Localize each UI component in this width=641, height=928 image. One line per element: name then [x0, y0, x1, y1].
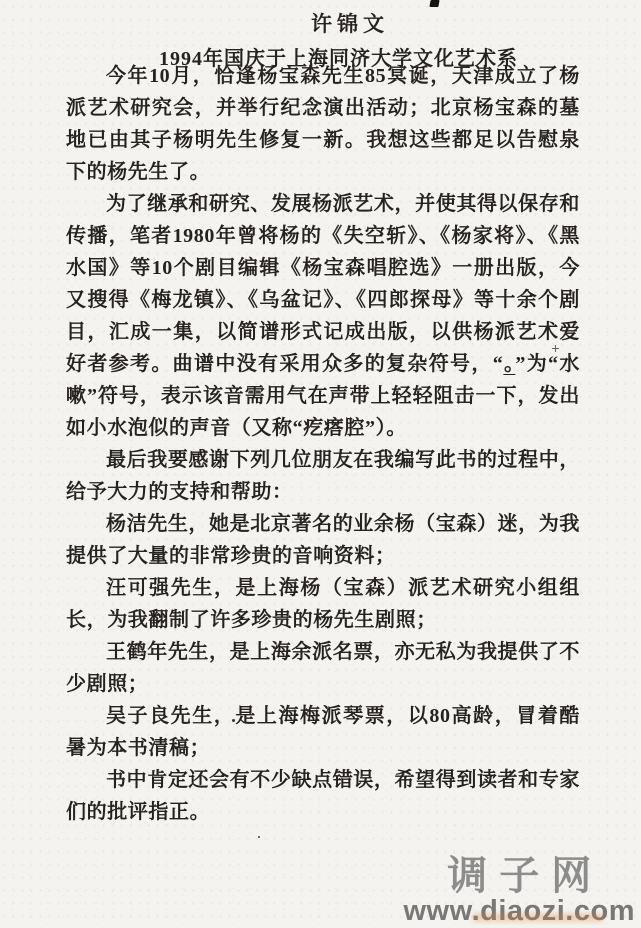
paragraph: 今年10月，恰逢杨宝森先生85冥诞，天津成立了杨派艺术研究会，并举行纪念演出活动… — [66, 60, 580, 188]
paragraph: 王鹤年先生，是上海余派名票，亦无私为我提供了不少剧照； — [66, 636, 580, 700]
watermark: 调子网 www.diaozi.com — [403, 855, 635, 926]
watermark-site-url: www.diaozi.com — [403, 897, 635, 926]
paragraph: 吴子良先生，是上海梅派琴票，以80高龄，冒着酷暑为本书清稿； — [66, 700, 580, 764]
author-signature: 许锦文 — [311, 8, 641, 40]
paragraph: 书中肯定还会有不少缺点错误，希望得到读者和专家们的批评指正。 — [66, 764, 580, 828]
paragraph: 最后我要感谢下列几位朋友在我编写此书的过程中，给予大力的支持和帮助： — [66, 444, 580, 508]
paragraph: 杨洁先生，她是北京著名的业余杨（宝森）迷，为我提供了大量的非常珍贵的音响资料； — [66, 508, 580, 572]
watermark-site-name: 调子网 — [403, 855, 641, 897]
scanned-page: 今年10月，恰逢杨宝森先生85冥诞，天津成立了杨派艺术研究会，并举行纪念演出活动… — [0, 0, 641, 928]
scan-artifact-top — [429, 0, 439, 7]
preface-text: 今年10月，恰逢杨宝森先生85冥诞，天津成立了杨派艺术研究会，并举行纪念演出活动… — [66, 60, 580, 828]
water-smack-symbol: 。 — [503, 353, 515, 375]
paragraph: 汪可强先生，是上海杨（宝森）派艺术研究小组组长，为我翻制了许多珍贵的杨先生剧照； — [66, 572, 580, 636]
scan-speck — [258, 836, 260, 838]
paragraph: 为了继承和研究、发展杨派艺术，并使其得以保存和传播，笔者1980年曾将杨的《失空… — [66, 188, 580, 444]
